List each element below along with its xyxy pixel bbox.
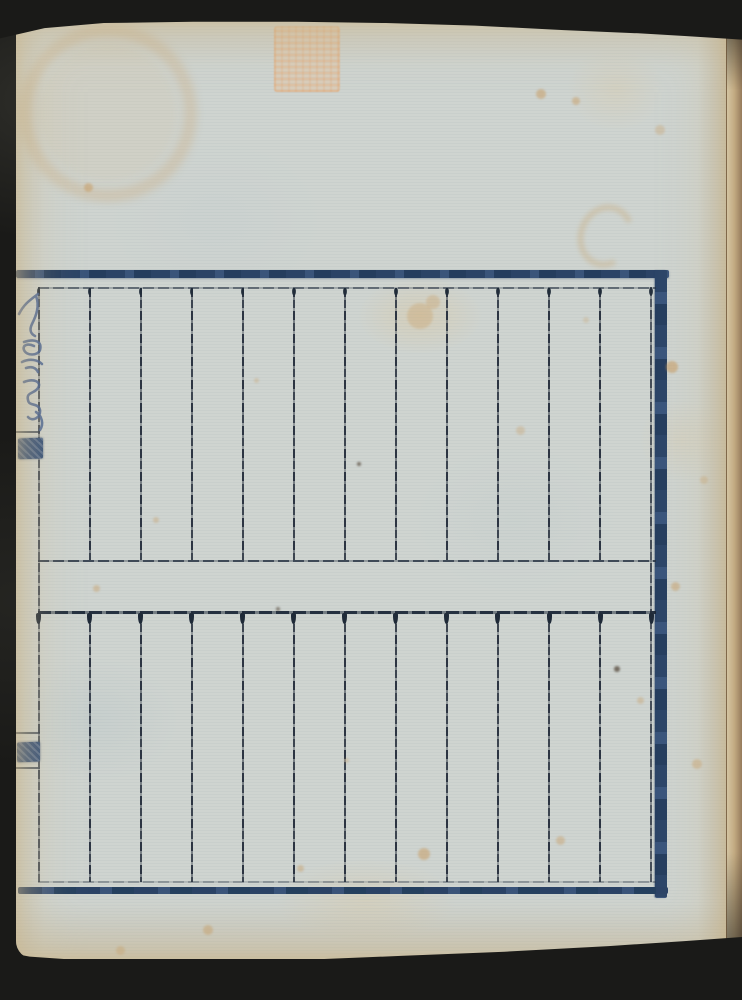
scan-background bbox=[0, 0, 742, 1000]
column-rule-upper bbox=[191, 288, 193, 560]
frame-bottom-border bbox=[18, 887, 668, 894]
ink-blob bbox=[393, 613, 398, 624]
column-rule-lower bbox=[140, 612, 142, 882]
register-divider-upper-rule bbox=[38, 560, 656, 562]
foxing-spot bbox=[254, 378, 259, 383]
foxing-spot bbox=[93, 585, 100, 592]
frame-bottom-inner-rule bbox=[38, 881, 656, 883]
foxing-spot bbox=[203, 925, 213, 935]
foxing-spot bbox=[116, 946, 125, 955]
printed-frame bbox=[16, 20, 726, 959]
foxing-spot bbox=[583, 317, 589, 323]
ink-dot bbox=[445, 288, 449, 295]
handwritten-marginalia bbox=[16, 290, 46, 435]
ink-blob bbox=[291, 613, 296, 624]
ink-dot bbox=[496, 288, 500, 295]
ink-blob bbox=[342, 613, 347, 624]
ink-blob bbox=[649, 613, 654, 624]
foxing-spot bbox=[153, 517, 159, 523]
spine-tab-lower bbox=[17, 742, 40, 763]
foxing-spot bbox=[614, 666, 620, 672]
book-page bbox=[16, 20, 726, 959]
column-rule-lower bbox=[191, 612, 193, 882]
foxing-spot bbox=[344, 758, 349, 763]
ink-dot bbox=[190, 288, 194, 295]
column-rule-lower bbox=[446, 612, 448, 882]
ink-blob bbox=[547, 613, 552, 624]
foxing-spot bbox=[556, 836, 565, 845]
foxing-spot bbox=[572, 97, 580, 105]
column-rule-upper bbox=[446, 288, 448, 560]
register-divider-lower-rule bbox=[38, 611, 656, 614]
foxing-spot bbox=[276, 607, 280, 611]
column-rule-upper bbox=[395, 288, 397, 560]
column-rule-upper bbox=[293, 288, 295, 560]
column-rule-lower bbox=[89, 612, 91, 882]
foxing-spot bbox=[516, 426, 525, 435]
ink-blob bbox=[598, 613, 603, 624]
column-rule-lower bbox=[599, 612, 601, 882]
foxing-spot bbox=[700, 476, 708, 484]
ink-dot bbox=[394, 288, 398, 295]
ink-dot bbox=[139, 288, 143, 295]
foxing-spot bbox=[418, 848, 430, 860]
ink-blob bbox=[189, 613, 194, 624]
column-rule-upper bbox=[140, 288, 142, 560]
foxing-spot bbox=[692, 759, 702, 769]
column-rule-lower bbox=[548, 612, 550, 882]
adjacent-page-edge bbox=[726, 26, 742, 944]
column-rule-lower bbox=[242, 612, 244, 882]
column-rule-upper bbox=[89, 288, 91, 560]
foxing-spot bbox=[666, 361, 678, 373]
foxing-spot bbox=[426, 295, 440, 309]
spine-tab-upper bbox=[18, 438, 43, 460]
ink-blob bbox=[138, 613, 143, 624]
foxing-spot bbox=[671, 582, 680, 591]
foxing-spot bbox=[297, 865, 304, 872]
frame-inner-top-rule bbox=[38, 287, 656, 289]
ink-dot bbox=[241, 288, 245, 295]
column-rule-upper bbox=[344, 288, 346, 560]
ink-blob bbox=[240, 613, 245, 624]
column-rule-upper bbox=[242, 288, 244, 560]
foxing-spot bbox=[536, 89, 546, 99]
column-rule-upper bbox=[497, 288, 499, 560]
ink-dot bbox=[292, 288, 296, 295]
foxing-spot bbox=[655, 125, 665, 135]
ink-dot bbox=[598, 288, 602, 295]
spine-tick bbox=[16, 767, 40, 769]
frame-top-border bbox=[16, 270, 669, 278]
marginalia-cursive-strokes bbox=[16, 290, 46, 435]
column-rule-lower bbox=[497, 612, 499, 882]
ink-dot bbox=[343, 288, 347, 295]
column-rule-lower bbox=[344, 612, 346, 882]
foxing-spot bbox=[357, 462, 361, 466]
frame-right-border bbox=[655, 270, 667, 898]
ink-dot bbox=[547, 288, 551, 295]
ink-blob bbox=[495, 613, 500, 624]
foxing-spot bbox=[84, 183, 93, 192]
spine-tick bbox=[16, 732, 40, 734]
ink-dot bbox=[88, 288, 92, 295]
foxing-spot bbox=[637, 697, 644, 704]
column-rule-upper bbox=[548, 288, 550, 560]
ink-dot bbox=[649, 288, 653, 295]
column-rule-lower bbox=[395, 612, 397, 882]
column-rule-upper bbox=[599, 288, 601, 560]
spine-tick bbox=[16, 431, 40, 433]
column-rule-lower bbox=[293, 612, 295, 882]
border-inner-rule bbox=[650, 287, 652, 882]
ink-blob bbox=[444, 613, 449, 624]
ink-blob bbox=[36, 613, 41, 624]
ink-blob bbox=[87, 613, 92, 624]
